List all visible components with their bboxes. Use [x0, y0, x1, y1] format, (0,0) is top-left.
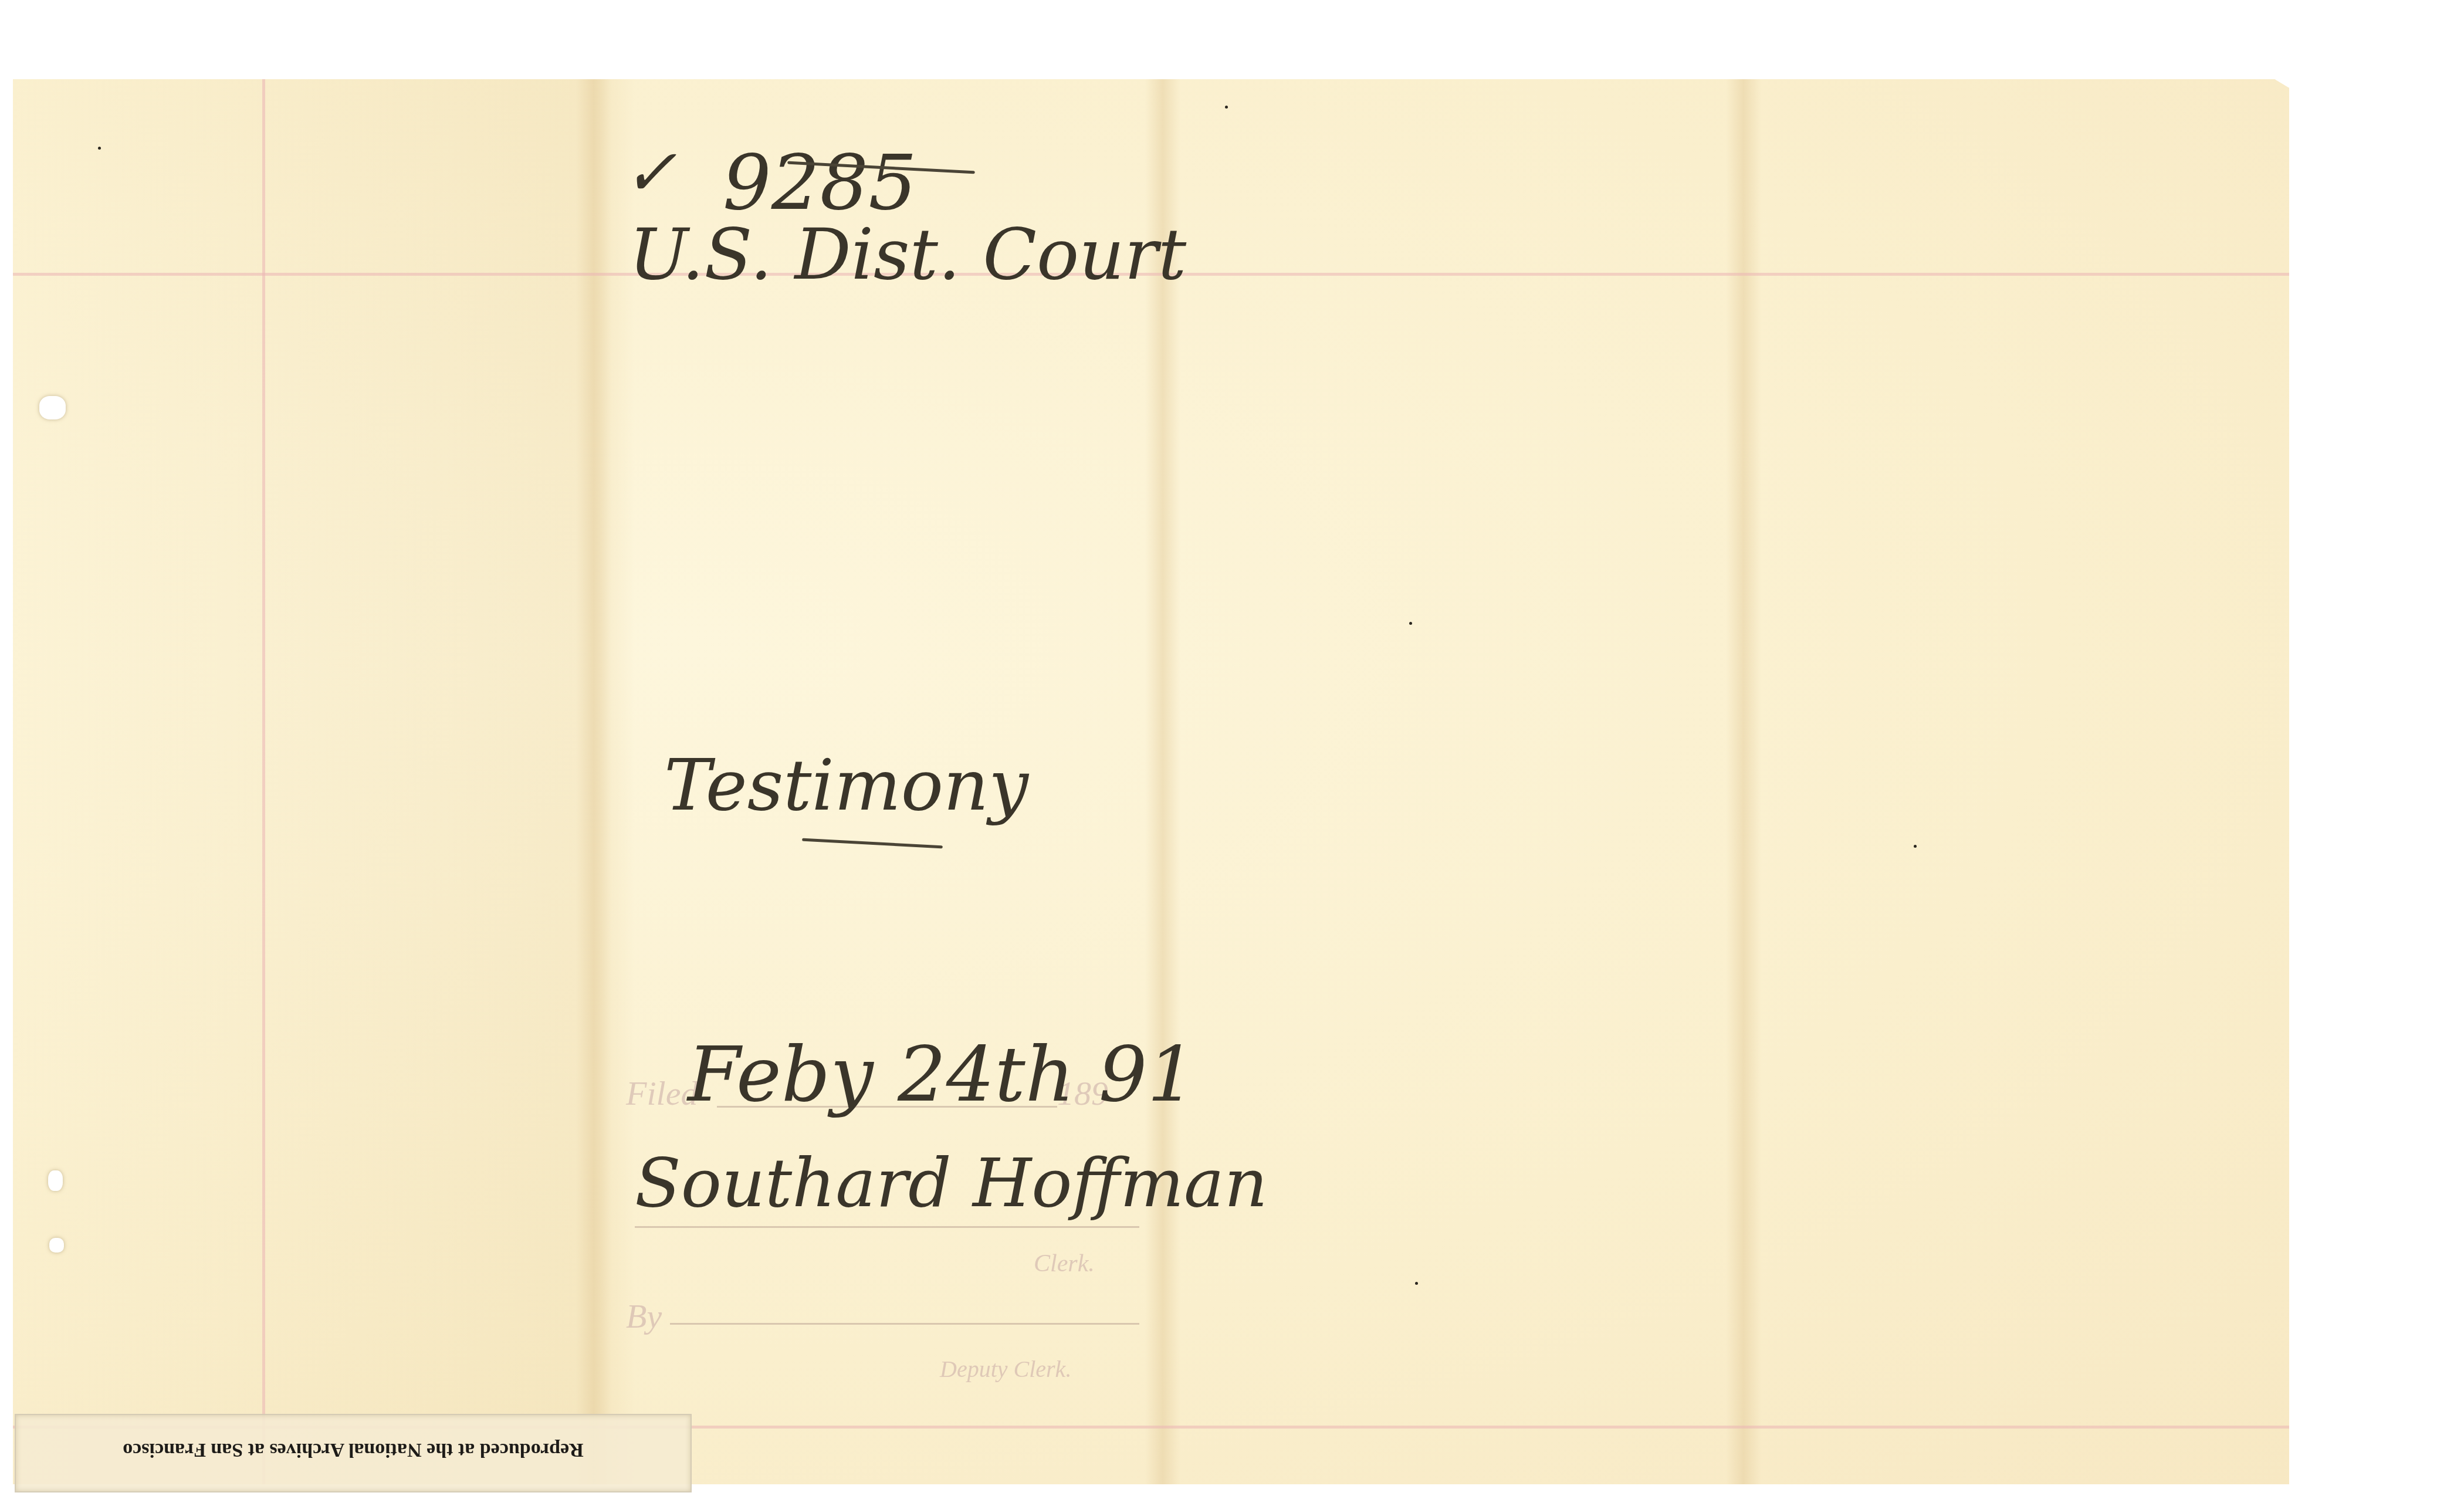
filed-date: Feby 24th 91: [688, 1030, 1196, 1119]
punch-hole: [48, 1170, 63, 1191]
fold-line: [1726, 79, 1761, 1484]
clerk-signature-line: [635, 1226, 1139, 1228]
fold-line: [576, 79, 611, 1484]
margin-red-rule: [262, 79, 265, 1484]
clerk-signature: Southard Hoffman: [635, 1144, 1268, 1223]
ink-speck: [1225, 106, 1228, 109]
archive-label-text: Reproduced at the National Archives at S…: [16, 1439, 691, 1461]
ink-speck: [98, 147, 101, 150]
court-name: U.S. Dist. Court: [629, 214, 1186, 296]
punch-hole: [39, 396, 66, 419]
ink-speck: [1914, 845, 1917, 848]
punch-hole: [49, 1238, 64, 1253]
checkmark: ✓: [623, 135, 677, 210]
ink-speck: [1415, 1282, 1418, 1285]
deputy-signature-line: [670, 1323, 1139, 1325]
title-underline: [802, 838, 943, 849]
document-title: Testimony: [664, 745, 1028, 827]
by-label: By: [626, 1297, 662, 1336]
document-sheet: ✓ 9285 U.S. Dist. Court Testimony Filed …: [13, 79, 2289, 1484]
deputy-clerk-label: Deputy Clerk.: [940, 1355, 1071, 1383]
ink-speck: [1409, 622, 1412, 625]
archive-label: Reproduced at the National Archives at S…: [15, 1414, 692, 1492]
clerk-label: Clerk.: [1034, 1250, 1095, 1278]
